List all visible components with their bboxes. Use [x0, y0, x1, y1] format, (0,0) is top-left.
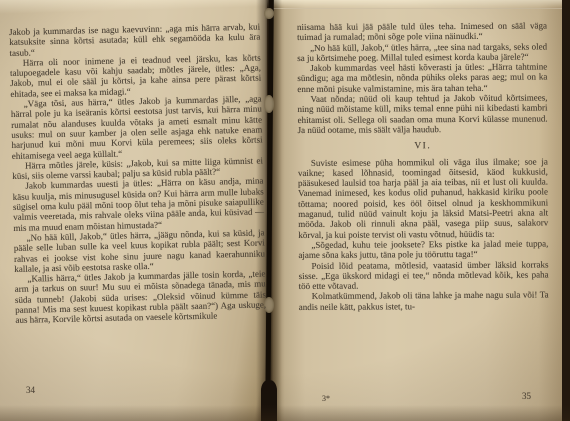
stitch-thread: [264, 8, 274, 19]
paragraph: Jakob kummardas veel hästi kõverasti ja …: [297, 62, 547, 94]
open-book-photo: Jakob ja kummardas ise nagu kaevuvinn: „…: [0, 0, 570, 421]
binding-shadow-bottom: [261, 380, 277, 421]
paragraph: Vaat nõnda; nüüd oli kaup tehtud ja Jako…: [297, 93, 547, 136]
paragraph: „Väga tõsi, aus härra,“ ütles Jakob ja k…: [11, 94, 263, 161]
chapter-heading: VI.: [298, 141, 548, 153]
left-page-number: 34: [26, 385, 35, 395]
paragraph: „No hää küll, Jakob,“ ütles härra, „tee …: [297, 41, 547, 63]
book-fore-edge: [561, 0, 570, 421]
right-page-text: niisama hää kui jää pääle tuld üles teha…: [297, 20, 549, 312]
paragraph: Kolmatkümmend, Jakob oli täna lahke ja m…: [299, 290, 549, 312]
paragraph: niisama hää kui jää pääle tuld üles teha…: [297, 20, 547, 42]
left-page-text: Jakob ja kummardas ise nagu kaevuvinn: „…: [9, 22, 266, 326]
signature-mark: 3*: [322, 394, 330, 403]
paragraph: Suviste esimese püha hommikul oli väga i…: [298, 156, 548, 240]
paragraph: „Kallis härra,“ ütles Jakob ja kummardas…: [14, 269, 266, 326]
stitch-thread: [264, 95, 274, 113]
right-page-number: 35: [522, 391, 531, 401]
paragraph: „Sõgedad, kuhu teie jooksete? Eks pistke…: [298, 238, 548, 260]
paragraph: Jakob kummardas uuesti ja ütles: „Härra …: [12, 176, 264, 233]
paragraph: „No hää küll, Jakob,“ ütles härra, „jääg…: [13, 227, 265, 274]
binding-crevice: [265, 0, 274, 421]
paragraph: Poisid lõid peatama, mõtlesid, vaatasid …: [298, 259, 548, 291]
paragraph: Härra oli noor inimene ja ei teadnud vee…: [10, 52, 262, 99]
